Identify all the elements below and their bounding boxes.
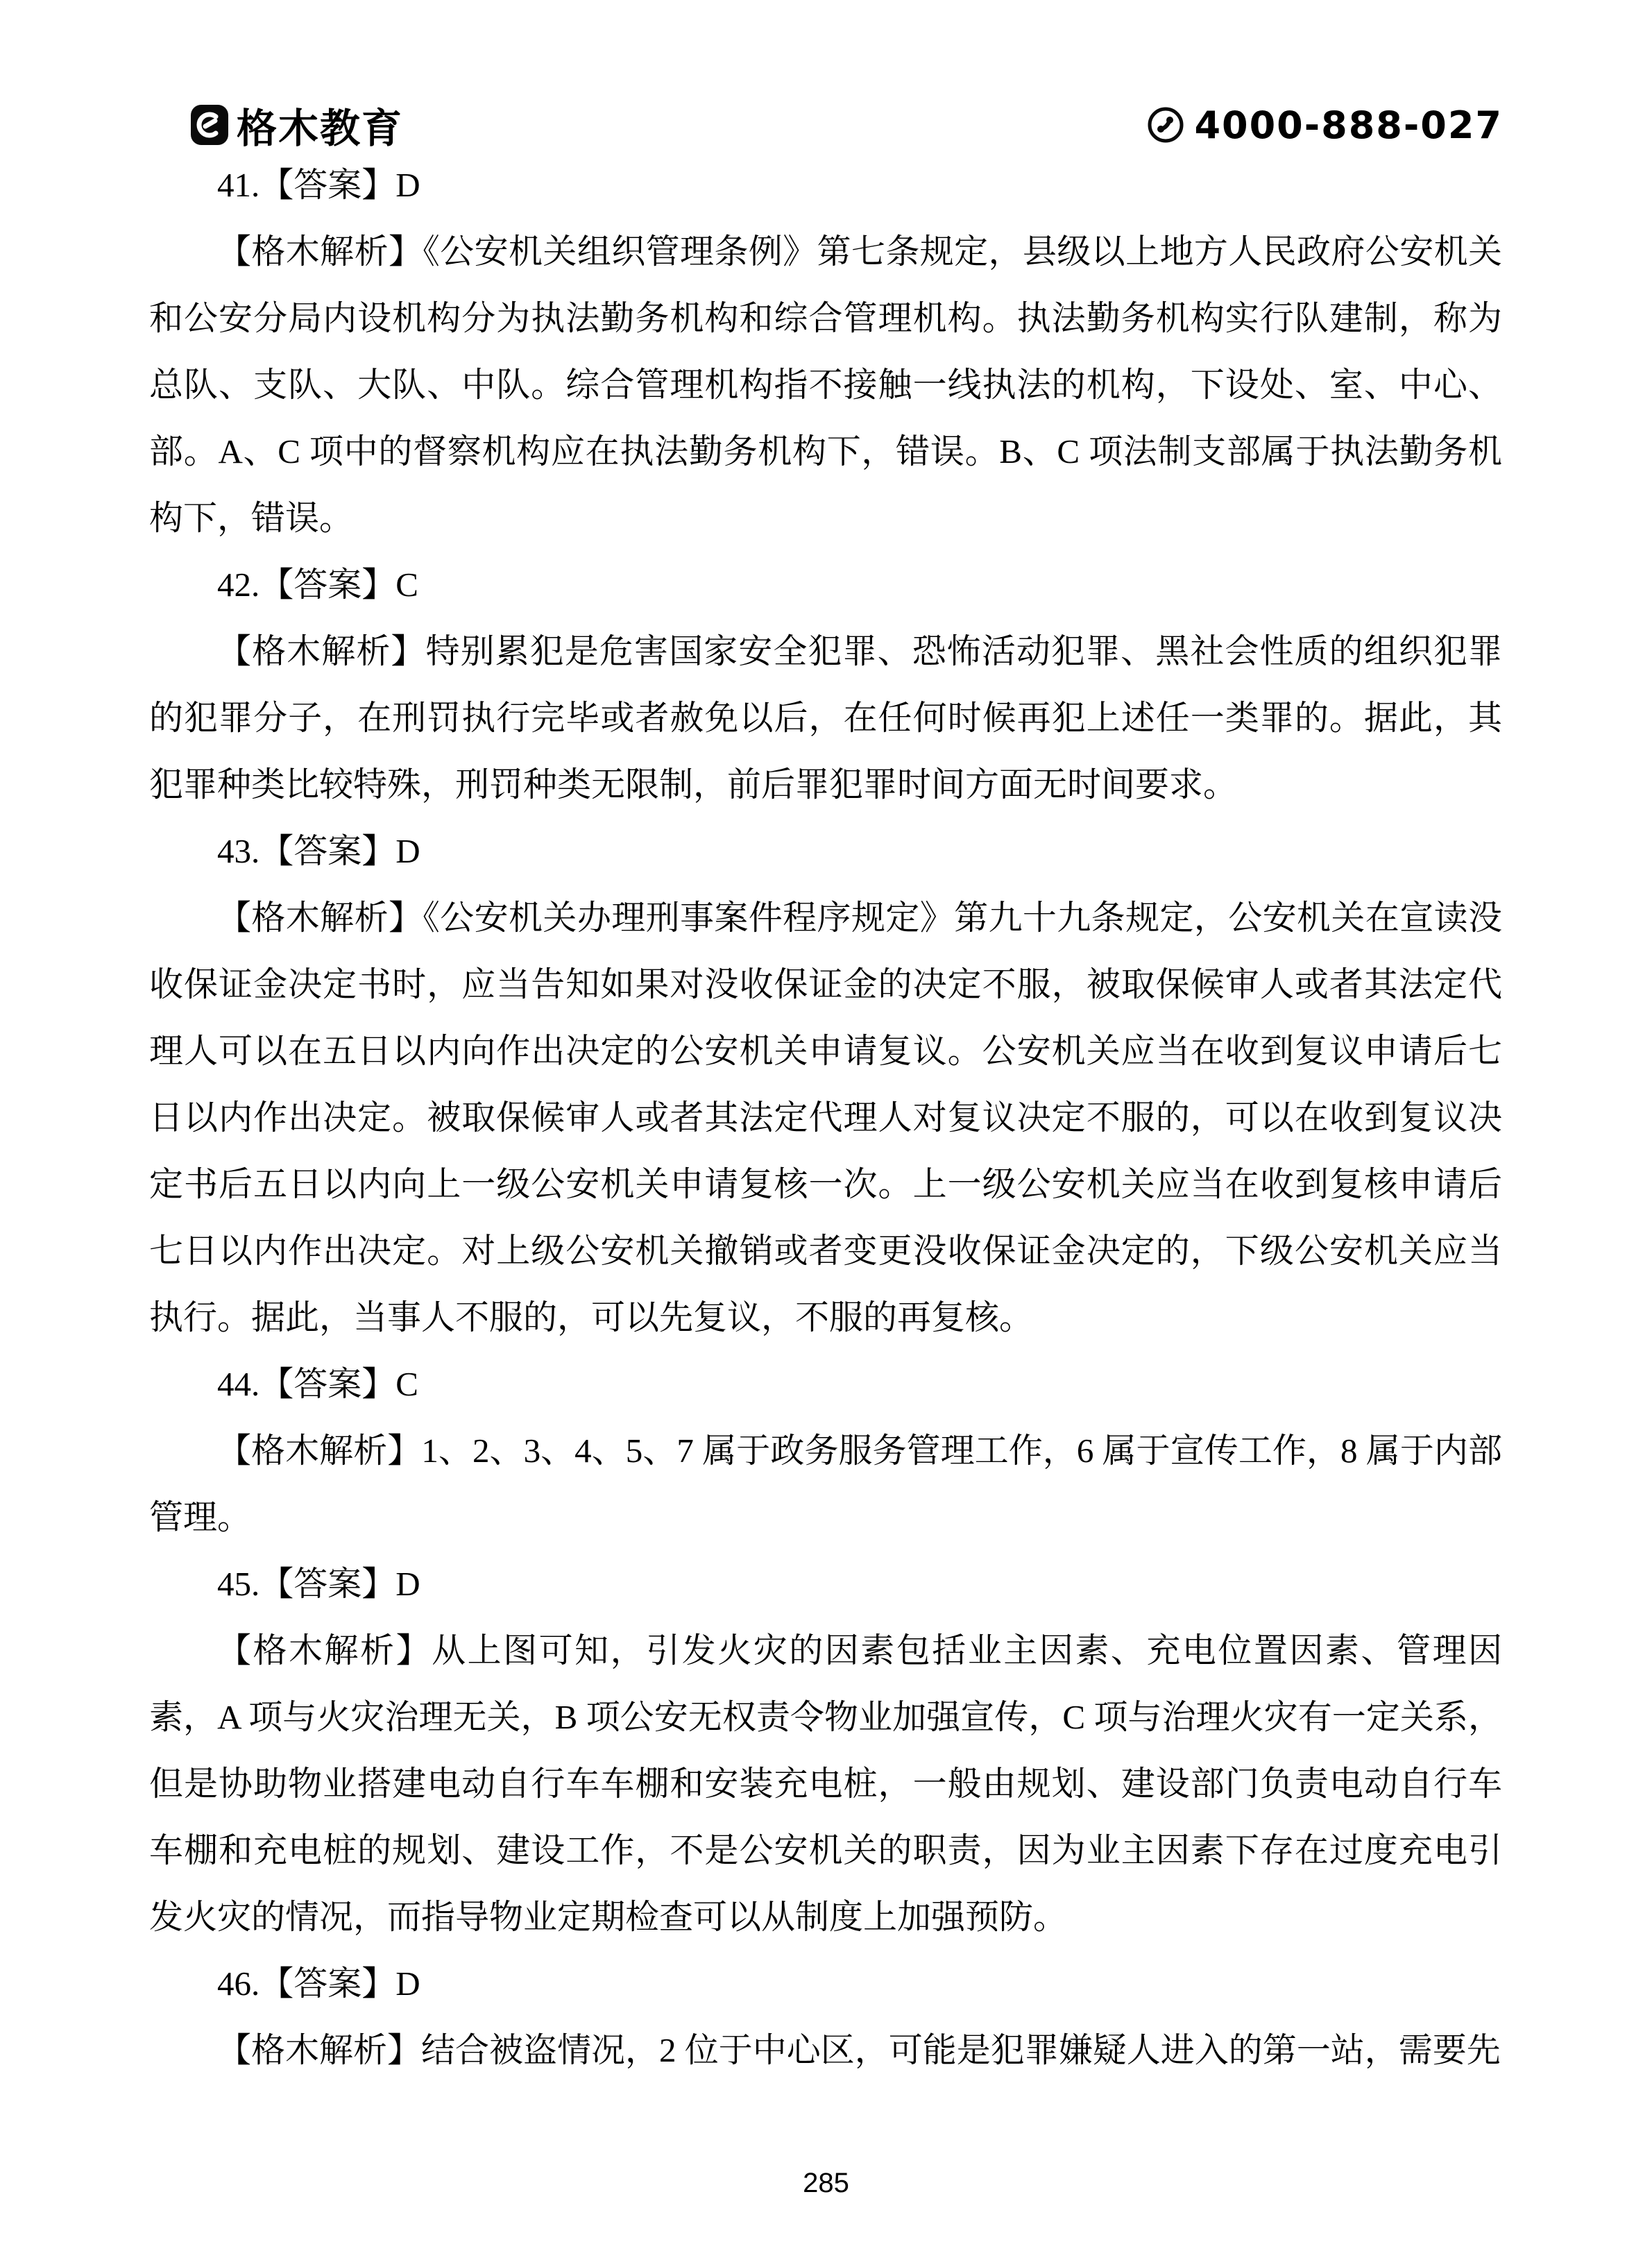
answer-label: 【答案】 (259, 566, 395, 604)
answer-block: 43.【答案】D 【格木解析】《公安机关办理刑事案件程序规定》第九十九条规定，公… (149, 818, 1502, 1351)
phone-number: 4000-888-027 (1194, 103, 1503, 147)
answer-label: 【答案】 (259, 1964, 395, 2003)
answer-label: 【答案】 (259, 1565, 395, 1603)
analysis-paragraph: 【格木解析】从上图可知，引发火灾的因素包括业主因素、充电位置因素、管理因素，A … (149, 1617, 1502, 1951)
analysis-label: 【格木解析】 (217, 232, 423, 271)
question-number: 46. (217, 1964, 259, 2003)
analysis-label: 【格木解析】 (217, 899, 423, 937)
answer-letter: C (395, 566, 418, 604)
page-header: 格木教育 4000-888-027 (191, 103, 1503, 147)
phone-icon (1147, 106, 1184, 144)
answer-line: 43.【答案】D (149, 818, 1502, 885)
gemu-logo-icon (191, 105, 228, 145)
answer-block: 46.【答案】D 【格木解析】结合被盗情况，2 位于中心区，可能是犯罪嫌疑人进入… (149, 1951, 1502, 2084)
analysis-paragraph: 【格木解析】结合被盗情况，2 位于中心区，可能是犯罪嫌疑人进入的第一站，需要先 (149, 2017, 1502, 2084)
answer-letter: D (395, 166, 420, 204)
answer-letter: D (395, 1565, 420, 1603)
analysis-text: 《公安机关组织管理条例》第七条规定，县级以上地方人民政府公安机关和公安分局内设机… (149, 232, 1502, 537)
answer-line: 44.【答案】C (149, 1351, 1502, 1418)
answer-label: 【答案】 (259, 1365, 395, 1403)
page-footer: 285 (0, 2166, 1652, 2200)
question-number: 41. (217, 166, 259, 204)
analysis-label: 【格木解析】 (217, 632, 426, 670)
answer-letter: D (395, 832, 420, 870)
answer-label: 【答案】 (259, 166, 395, 204)
brand-name: 格木教育 (237, 96, 403, 154)
analysis-paragraph: 【格木解析】特别累犯是危害国家安全犯罪、恐怖活动犯罪、黑社会性质的组织犯罪的犯罪… (149, 618, 1502, 818)
document-page: 格木教育 4000-888-027 41.【答案】D 【格木解析】《公安机关组织… (0, 0, 1652, 2242)
question-number: 45. (217, 1565, 259, 1603)
analysis-paragraph: 【格木解析】《公安机关办理刑事案件程序规定》第九十九条规定，公安机关在宣读没收保… (149, 885, 1502, 1351)
answer-label: 【答案】 (259, 832, 395, 870)
answer-line: 42.【答案】C (149, 552, 1502, 618)
page-number: 285 (803, 2168, 849, 2198)
analysis-paragraph: 【格木解析】1、2、3、4、5、7 属于政务服务管理工作，6 属于宣传工作，8 … (149, 1418, 1502, 1551)
question-number: 43. (217, 832, 259, 870)
analysis-text: 《公安机关办理刑事案件程序规定》第九十九条规定，公安机关在宣读没收保证金决定书时… (149, 899, 1502, 1336)
question-number: 42. (217, 566, 259, 604)
answer-line: 45.【答案】D (149, 1551, 1502, 1617)
analysis-label: 【格木解析】 (217, 1432, 421, 1470)
analysis-paragraph: 【格木解析】《公安机关组织管理条例》第七条规定，县级以上地方人民政府公安机关和公… (149, 219, 1502, 552)
answer-block: 42.【答案】C 【格木解析】特别累犯是危害国家安全犯罪、恐怖活动犯罪、黑社会性… (149, 552, 1502, 818)
answer-line: 46.【答案】D (149, 1951, 1502, 2017)
question-number: 44. (217, 1365, 259, 1403)
analysis-text: 从上图可知，引发火灾的因素包括业主因素、充电位置因素、管理因素，A 项与火灾治理… (149, 1631, 1502, 1936)
analysis-label: 【格木解析】 (217, 2031, 421, 2069)
answer-block: 44.【答案】C 【格木解析】1、2、3、4、5、7 属于政务服务管理工作，6 … (149, 1351, 1502, 1551)
answer-block: 45.【答案】D 【格木解析】从上图可知，引发火灾的因素包括业主因素、充电位置因… (149, 1551, 1502, 1951)
phone-contact: 4000-888-027 (1147, 103, 1503, 147)
answer-line: 41.【答案】D (149, 152, 1502, 219)
answer-letter: C (395, 1365, 418, 1403)
analysis-label: 【格木解析】 (217, 1631, 432, 1670)
answer-letter: D (395, 1964, 420, 2003)
brand: 格木教育 (191, 96, 403, 154)
answer-block: 41.【答案】D 【格木解析】《公安机关组织管理条例》第七条规定，县级以上地方人… (149, 152, 1502, 552)
answers-section: 41.【答案】D 【格木解析】《公安机关组织管理条例》第七条规定，县级以上地方人… (149, 152, 1502, 2084)
analysis-text: 结合被盗情况，2 位于中心区，可能是犯罪嫌疑人进入的第一站，需要先 (421, 2031, 1501, 2069)
